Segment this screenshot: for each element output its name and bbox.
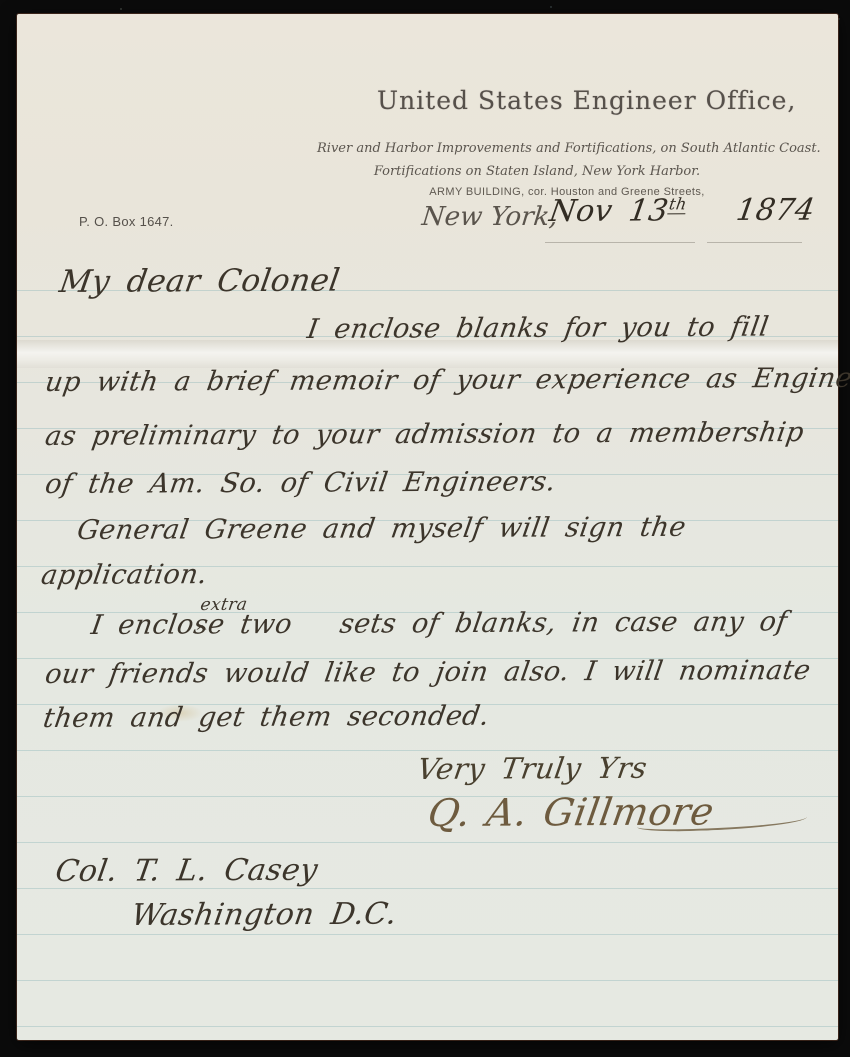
complimentary-closing: Very Truly Yrs (415, 751, 650, 786)
body-line: I enclose two sets of blanks, in case an… (89, 606, 789, 641)
recipient-name: Col. T. L. Casey (53, 853, 320, 889)
body-line: as preliminary to your admission to a me… (43, 417, 806, 452)
date-blank-rule (545, 242, 695, 243)
body-line: General Greene and myself will sign the (75, 512, 688, 546)
po-box: P. O. Box 1647. (79, 214, 174, 229)
recipient-place: Washington D.C. (129, 897, 399, 933)
letterhead-city: New York, (420, 202, 559, 232)
letter-photograph: United States Engineer Office, River and… (0, 0, 850, 1057)
salutation: My dear Colonel (57, 263, 342, 300)
body-line: our friends would like to join also. I w… (43, 655, 813, 690)
letterhead-jurisdiction-line-2: Fortifications on Staten Island, New Yor… (317, 164, 757, 179)
letterhead-jurisdiction-line-1: River and Harbor Improvements and Fortif… (317, 141, 757, 156)
body-line: application. (39, 559, 210, 591)
body-line: up with a brief memoir of your experienc… (43, 363, 850, 398)
date-day: Nov 13 (547, 193, 671, 229)
body-line: I enclose blanks for you to fill (305, 312, 771, 345)
letterhead-office-name: United States Engineer Office, (377, 86, 757, 115)
body-line: of the Am. So. of Civil Engineers. (43, 466, 558, 500)
letter-paper: United States Engineer Office, River and… (17, 14, 838, 1040)
date-year: 1874 (734, 193, 817, 228)
dust-specks (120, 8, 122, 10)
date-ordinal: th (668, 194, 689, 214)
year-blank-rule (707, 242, 802, 243)
handwritten-date: Nov 13th 1874 (547, 193, 817, 229)
body-line: them and get them seconded. (41, 701, 492, 734)
